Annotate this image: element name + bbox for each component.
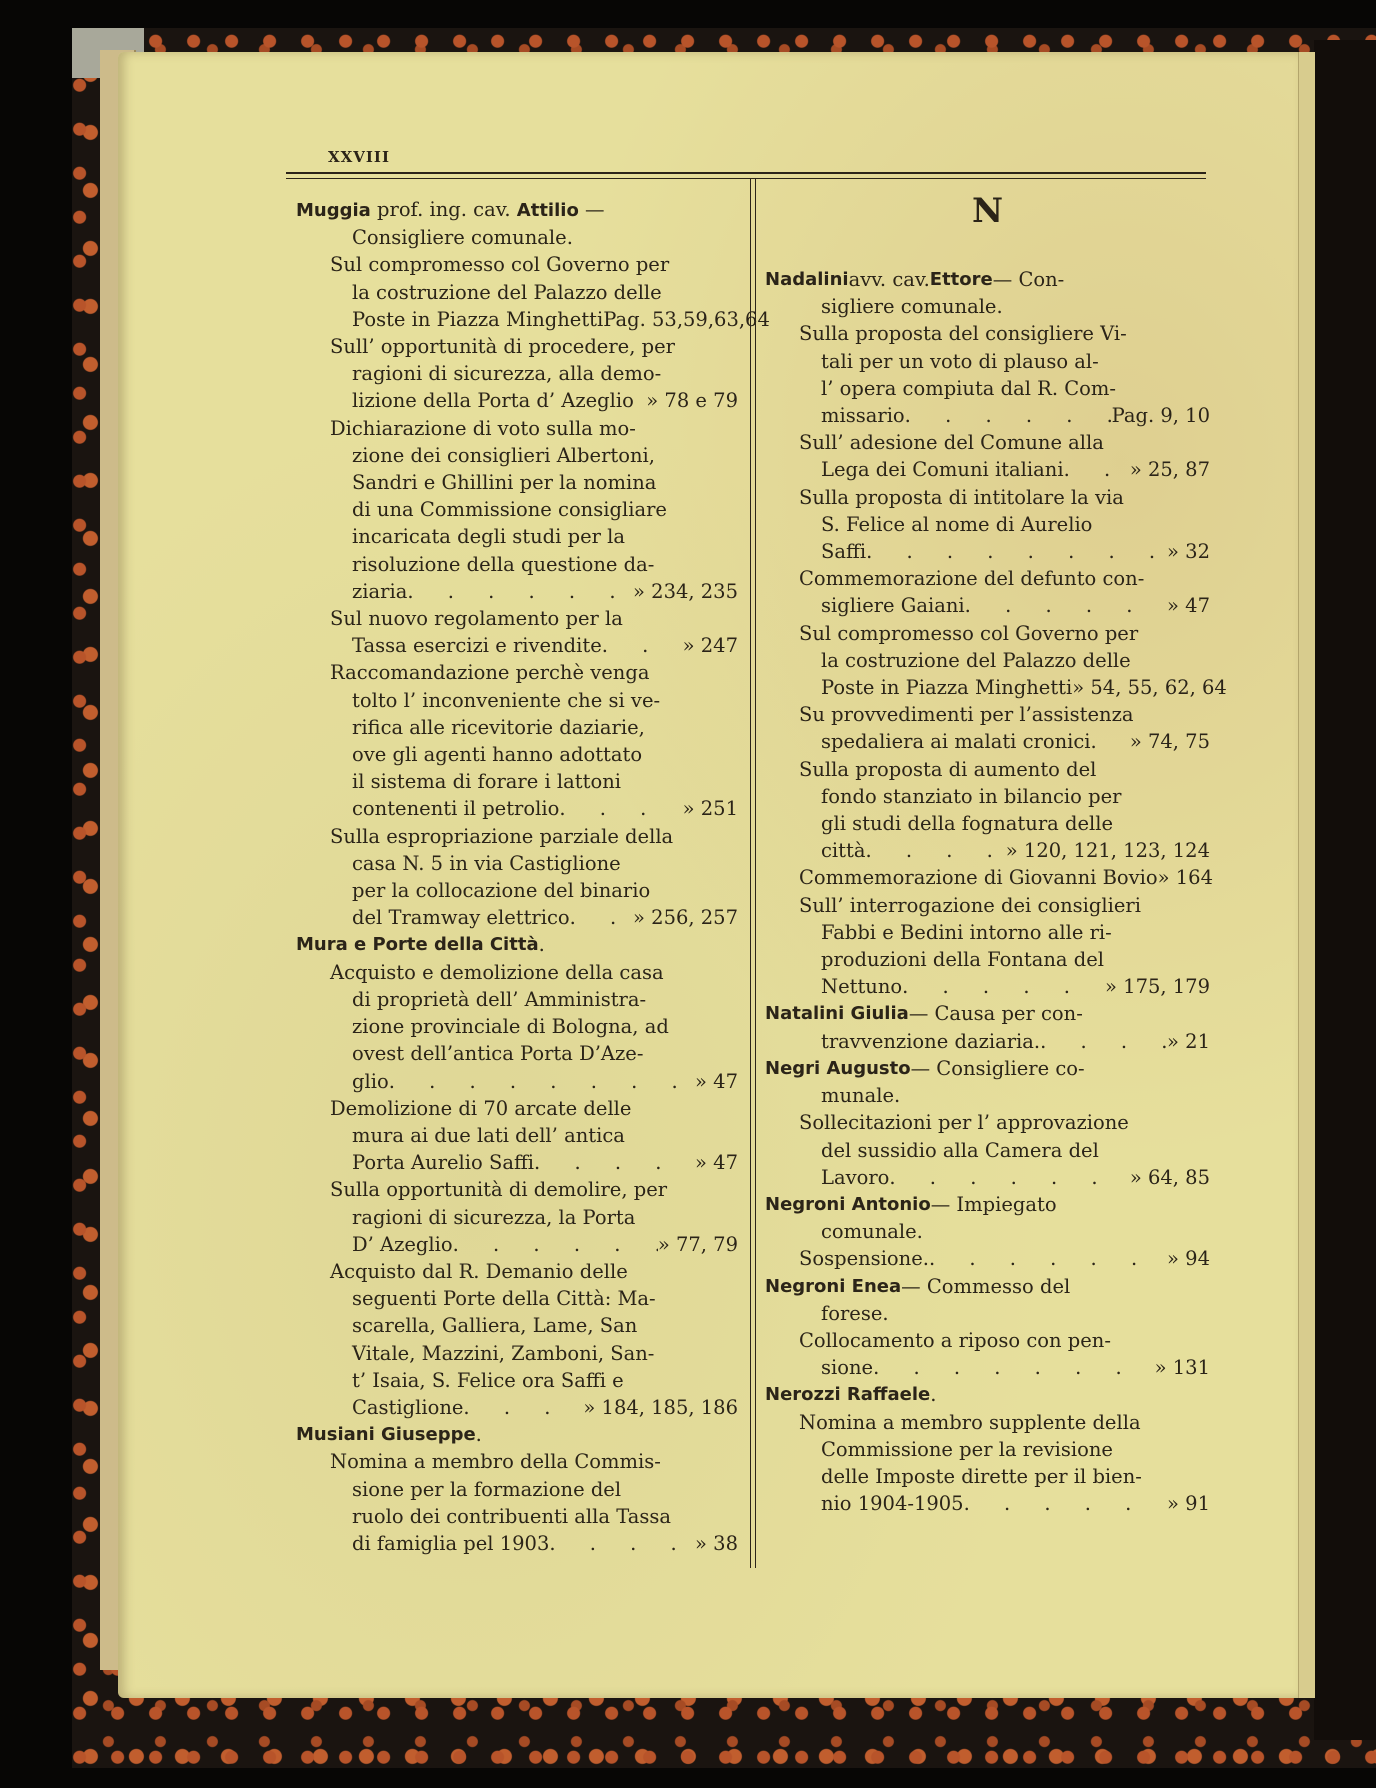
entry-name: Natalini Giulia xyxy=(765,1000,909,1027)
page-ref: » 38 xyxy=(695,1530,738,1557)
item-line: del Tramway elettrico xyxy=(352,904,570,931)
item-line: Tassa esercizi e rivendite xyxy=(352,632,602,659)
entry-item: Commemorazione del defunto con- sigliere… xyxy=(765,565,1210,619)
entry-name: Mura e Porte della Città xyxy=(296,931,539,958)
index-column-left: Muggia prof. ing. cav. Attilio — Consigl… xyxy=(296,196,738,1557)
item-line: Poste in Piazza Minghetti xyxy=(352,306,603,333)
entry-name: Musiani Giuseppe xyxy=(296,1421,476,1448)
item-line: Fabbi e Bedini intorno alle ri- xyxy=(765,919,1210,946)
item-line: Sandri e Ghillini per la nomina xyxy=(296,469,738,496)
item-line: Nettuno xyxy=(821,973,902,1000)
entry-name: Negroni Antonio xyxy=(765,1191,931,1218)
item-line: Saffi xyxy=(821,538,866,565)
item-line: zione dei consiglieri Albertoni, xyxy=(296,442,738,469)
item-line: scarella, Galliera, Lame, San xyxy=(296,1312,738,1339)
entry-dash: . xyxy=(930,1381,936,1408)
page-ref: » 21 xyxy=(1167,1028,1210,1055)
item-line: Sospensione. xyxy=(799,1245,929,1272)
item-line: Lega dei Comuni italiani xyxy=(821,456,1064,483)
entry-dash: — Causa per con- xyxy=(909,1000,1083,1027)
entry-name: Negroni Enea xyxy=(765,1273,901,1300)
item-line: Castiglione xyxy=(352,1394,463,1421)
item-line: di proprietà dell’ Amministra- xyxy=(296,986,738,1013)
page-folio-number: XXVIII xyxy=(328,148,390,166)
item-line: zione provinciale di Bologna, ad xyxy=(296,1013,738,1040)
entry-role: sigliere comunale. xyxy=(765,293,1210,320)
entry-item: Sulla proposta di aumento del fondo stan… xyxy=(765,756,1210,865)
item-line: spedaliera ai malati cronici xyxy=(821,728,1091,755)
index-entry-negroni-antonio: Negroni Antonio — Impiegato comunale. So… xyxy=(765,1191,1210,1273)
entry-item: Sull’ opportunità di procedere, per ragi… xyxy=(296,333,738,415)
item-line: contenenti il petrolio xyxy=(352,795,559,822)
item-line: il sistema di forare i lattoni xyxy=(296,768,738,795)
entry-title: prof. ing. cav. xyxy=(371,198,517,221)
item-line: ovest dell’antica Porta D’Aze- xyxy=(296,1040,738,1067)
entry-item: Sulla proposta di intitolare la via S. F… xyxy=(765,484,1210,566)
header-rule-thick xyxy=(286,172,1206,174)
page-ref: » 120, 121, 123, 124 xyxy=(1006,837,1210,864)
entry-role: Consigliere comunale. xyxy=(296,224,738,251)
index-entry-musiani: Musiani Giuseppe. Nomina a membro della … xyxy=(296,1421,738,1557)
item-line: Acquisto e demolizione della casa xyxy=(296,959,738,986)
entry-item: Nomina a membro supplente della Commissi… xyxy=(765,1409,1210,1518)
index-entry-negroni-enea: Negroni Enea — Commesso del forese. Coll… xyxy=(765,1273,1210,1382)
entry-name: Muggia xyxy=(296,200,371,221)
entry-item: Nomina a membro della Commis- sione per … xyxy=(296,1448,738,1557)
entry-item: Raccomandazione perchè venga tolto l’ in… xyxy=(296,659,738,822)
entry-item: Demolizione di 70 arcate delle mura ai d… xyxy=(296,1095,738,1177)
entry-name: Negri Augusto xyxy=(765,1055,911,1082)
item-line: missario xyxy=(821,402,905,429)
item-line: mura ai due lati dell’ antica xyxy=(296,1122,738,1149)
entry-item: Acquisto e demolizione della casa di pro… xyxy=(296,959,738,1095)
item-line: tali per un voto di plauso al- xyxy=(765,348,1210,375)
item-line: S. Felice al nome di Aurelio xyxy=(765,511,1210,538)
index-entry-negri: Negri Augusto — Consigliere co- munale. … xyxy=(765,1055,1210,1191)
item-line: rifica alle ricevitorie daziarie, xyxy=(296,714,738,741)
entry-item: Sollecitazioni per l’ approvazione del s… xyxy=(765,1109,1210,1191)
entry-role: travvenzione daziaria. xyxy=(821,1028,1040,1055)
item-line: gli studi della fognatura delle xyxy=(765,810,1210,837)
entry-dash: . xyxy=(476,1421,482,1448)
item-line: Sull’ adesione del Comune alla xyxy=(765,429,1210,456)
entry-dash: — xyxy=(579,198,605,221)
page-ref: » 47 xyxy=(1167,592,1210,619)
page-ref: » 25, 87 xyxy=(1130,456,1210,483)
item-line: produzioni della Fontana del xyxy=(765,946,1210,973)
index-column-right: N Nadalini avv. cav. Ettore — Con- sigli… xyxy=(765,196,1210,1517)
item-line: Sul compromesso col Governo per xyxy=(765,620,1210,647)
item-line: delle Imposte dirette per il bien- xyxy=(765,1463,1210,1490)
entry-name: Nadalini xyxy=(765,266,849,293)
page-ref: » 251 xyxy=(683,795,738,822)
entry-name: Nerozzi Raffaele xyxy=(765,1381,930,1408)
page-ref: » 175, 179 xyxy=(1105,973,1210,1000)
header-rule-thin xyxy=(286,178,1206,179)
item-line: seguenti Porte della Città: Ma- xyxy=(296,1285,738,1312)
item-line: risoluzione della questione da- xyxy=(296,551,738,578)
index-entry-nerozzi: Nerozzi Raffaele. Nomina a membro supple… xyxy=(765,1381,1210,1517)
item-line: ruolo dei contribuenti alla Tassa xyxy=(296,1503,738,1530)
entry-item: Acquisto dal R. Demanio delle seguenti P… xyxy=(296,1258,738,1421)
item-line: la costruzione del Palazzo delle xyxy=(765,647,1210,674)
page-ref: » 256, 257 xyxy=(633,904,738,931)
entry-dash: — Consigliere co- xyxy=(911,1055,1085,1082)
page-ref: » 184, 185, 186 xyxy=(583,1394,738,1421)
item-line: tolto l’ inconveniente che si ve- xyxy=(296,687,738,714)
item-line: ragioni di sicurezza, alla demo- xyxy=(296,360,738,387)
index-entry-nadalini: Nadalini avv. cav. Ettore — Con- siglier… xyxy=(765,266,1210,1000)
item-line: fondo stanziato in bilancio per xyxy=(765,783,1210,810)
entry-item: Sulla opportunità di demolire, per ragio… xyxy=(296,1176,738,1258)
item-line: Sul compromesso col Governo per xyxy=(296,251,738,278)
item-line: Collocamento a riposo con pen- xyxy=(765,1327,1210,1354)
item-line: Nomina a membro supplente della xyxy=(765,1409,1210,1436)
page-ref: » 47 xyxy=(695,1068,738,1095)
item-line: t’ Isaia, S. Felice ora Saffi e xyxy=(296,1367,738,1394)
entry-role: forese. xyxy=(765,1300,1210,1327)
entry-dash: — Con- xyxy=(993,266,1065,293)
page-ref: » 234, 235 xyxy=(633,578,738,605)
item-line: Acquisto dal R. Demanio delle xyxy=(296,1258,738,1285)
section-letter: N xyxy=(765,198,1210,238)
page-ref: » 78 e 79 xyxy=(646,387,738,414)
page-ref: » 64, 85 xyxy=(1130,1164,1210,1191)
entry-dash: . xyxy=(539,931,545,958)
item-line: Dichiarazione di voto sulla mo- xyxy=(296,415,738,442)
entry-dash: — Commesso del xyxy=(901,1273,1070,1300)
item-line: sione per la formazione del xyxy=(296,1476,738,1503)
item-line: Sulla proposta del consigliere Vi- xyxy=(765,320,1210,347)
entry-item: Sulla proposta del consigliere Vi- tali … xyxy=(765,320,1210,429)
entry-item: Sull’ interrogazione dei consiglieri Fab… xyxy=(765,892,1210,1001)
entry-item: Sulla espropriazione parziale della casa… xyxy=(296,823,738,932)
item-line: lizione della Porta d’ Azeglio xyxy=(352,387,634,414)
index-entry-mura-e-porte: Mura e Porte della Città. Acquisto e dem… xyxy=(296,931,738,1421)
entry-item: Sul nuovo regolamento per la Tassa eserc… xyxy=(296,605,738,659)
facing-page-shadow xyxy=(1314,40,1376,1740)
item-line: Sul nuovo regolamento per la xyxy=(296,605,738,632)
item-line: la costruzione del Palazzo delle xyxy=(296,279,738,306)
item-line: Poste in Piazza Minghetti xyxy=(821,674,1072,701)
item-line: nio 1904-1905 xyxy=(821,1490,964,1517)
item-line: Su provvedimenti per l’assistenza xyxy=(765,701,1210,728)
item-line: D’ Azeglio xyxy=(352,1231,453,1258)
page-ref: » 47 xyxy=(695,1149,738,1176)
page-ref: » 74, 75 xyxy=(1130,728,1210,755)
entry-title: avv. cav. xyxy=(849,266,930,293)
page-fore-edge xyxy=(1298,52,1315,1698)
item-line: Commemorazione del defunto con- xyxy=(765,565,1210,592)
index-entry-natalini: Natalini Giulia — Causa per con- travven… xyxy=(765,1000,1210,1054)
entry-item: Sospensione. . . . . . . . .» 94 xyxy=(765,1245,1210,1272)
item-line: Sulla proposta di aumento del xyxy=(765,756,1210,783)
item-line: Vitale, Mazzini, Zamboni, San- xyxy=(296,1340,738,1367)
page-ref: » 54, 55, 62, 64 xyxy=(1072,674,1227,701)
entry-item: Sul compromesso col Governo per la costr… xyxy=(296,251,738,333)
item-line: Demolizione di 70 arcate delle xyxy=(296,1095,738,1122)
entry-item: Dichiarazione di voto sulla mo- zione de… xyxy=(296,415,738,605)
item-line: incaricata degli studi per la xyxy=(296,523,738,550)
page-ref: » 247 xyxy=(683,632,738,659)
item-line: Sulla proposta di intitolare la via xyxy=(765,484,1210,511)
page-ref: Pag. 53,59,63,64 xyxy=(603,306,770,333)
entry-item: Su provvedimenti per l’assistenza spedal… xyxy=(765,701,1210,755)
page-ref: Pag. 9, 10 xyxy=(1112,402,1210,429)
item-line: sigliere Gaiani xyxy=(821,592,965,619)
item-line: del sussidio alla Camera del xyxy=(765,1137,1210,1164)
item-line: ziaria xyxy=(352,578,407,605)
item-line: Sulla opportunità di demolire, per xyxy=(296,1176,738,1203)
item-line: città xyxy=(821,837,865,864)
item-line: di famiglia pel 1903 xyxy=(352,1530,549,1557)
page-ref: » 91 xyxy=(1167,1490,1210,1517)
item-line: Nomina a membro della Commis- xyxy=(296,1448,738,1475)
entry-item: Collocamento a riposo con pen- sione . .… xyxy=(765,1327,1210,1381)
entry-item: Sull’ adesione del Comune alla Lega dei … xyxy=(765,429,1210,483)
item-line: l’ opera compiuta dal R. Com- xyxy=(765,375,1210,402)
item-line: ove gli agenti hanno adottato xyxy=(296,741,738,768)
item-line: Sulla espropriazione parziale della xyxy=(296,823,738,850)
item-line: Sull’ interrogazione dei consiglieri xyxy=(765,892,1210,919)
item-line: Raccomandazione perchè venga xyxy=(296,659,738,686)
item-line: glio xyxy=(352,1068,389,1095)
page-ref: » 131 xyxy=(1155,1354,1210,1381)
item-line: Commemorazione di Giovanni Bovio xyxy=(799,864,1158,891)
entry-firstname: Attilio xyxy=(517,200,579,221)
page-ref: » 77, 79 xyxy=(658,1231,738,1258)
item-line: per la collocazione del binario xyxy=(296,877,738,904)
item-line: Lavoro xyxy=(821,1164,889,1191)
entry-role: munale. xyxy=(765,1082,1210,1109)
item-line: Sollecitazioni per l’ approvazione xyxy=(765,1109,1210,1136)
entry-dash: — Impiegato xyxy=(931,1191,1057,1218)
index-entry-muggia: Muggia prof. ing. cav. Attilio — Consigl… xyxy=(296,196,738,931)
item-line: Porta Aurelio Saffi xyxy=(352,1149,534,1176)
page-ref: » 32 xyxy=(1167,538,1210,565)
entry-item: Sul compromesso col Governo per la costr… xyxy=(765,620,1210,702)
item-line: casa N. 5 in via Castiglione xyxy=(296,850,738,877)
column-divider xyxy=(750,178,756,1568)
page-ref: » 94 xyxy=(1167,1245,1210,1272)
entry-item: Commemorazione di Giovanni Bovio» 164 xyxy=(765,864,1210,891)
entry-firstname: Ettore xyxy=(930,266,993,293)
item-line: ragioni di sicurezza, la Porta xyxy=(296,1204,738,1231)
item-line: sione xyxy=(821,1354,873,1381)
item-line: Commissione per la revisione xyxy=(765,1436,1210,1463)
item-line: Sull’ opportunità di procedere, per xyxy=(296,333,738,360)
page-ref: » 164 xyxy=(1158,864,1213,891)
item-line: di una Commissione consigliare xyxy=(296,496,738,523)
entry-role: comunale. xyxy=(765,1218,1210,1245)
